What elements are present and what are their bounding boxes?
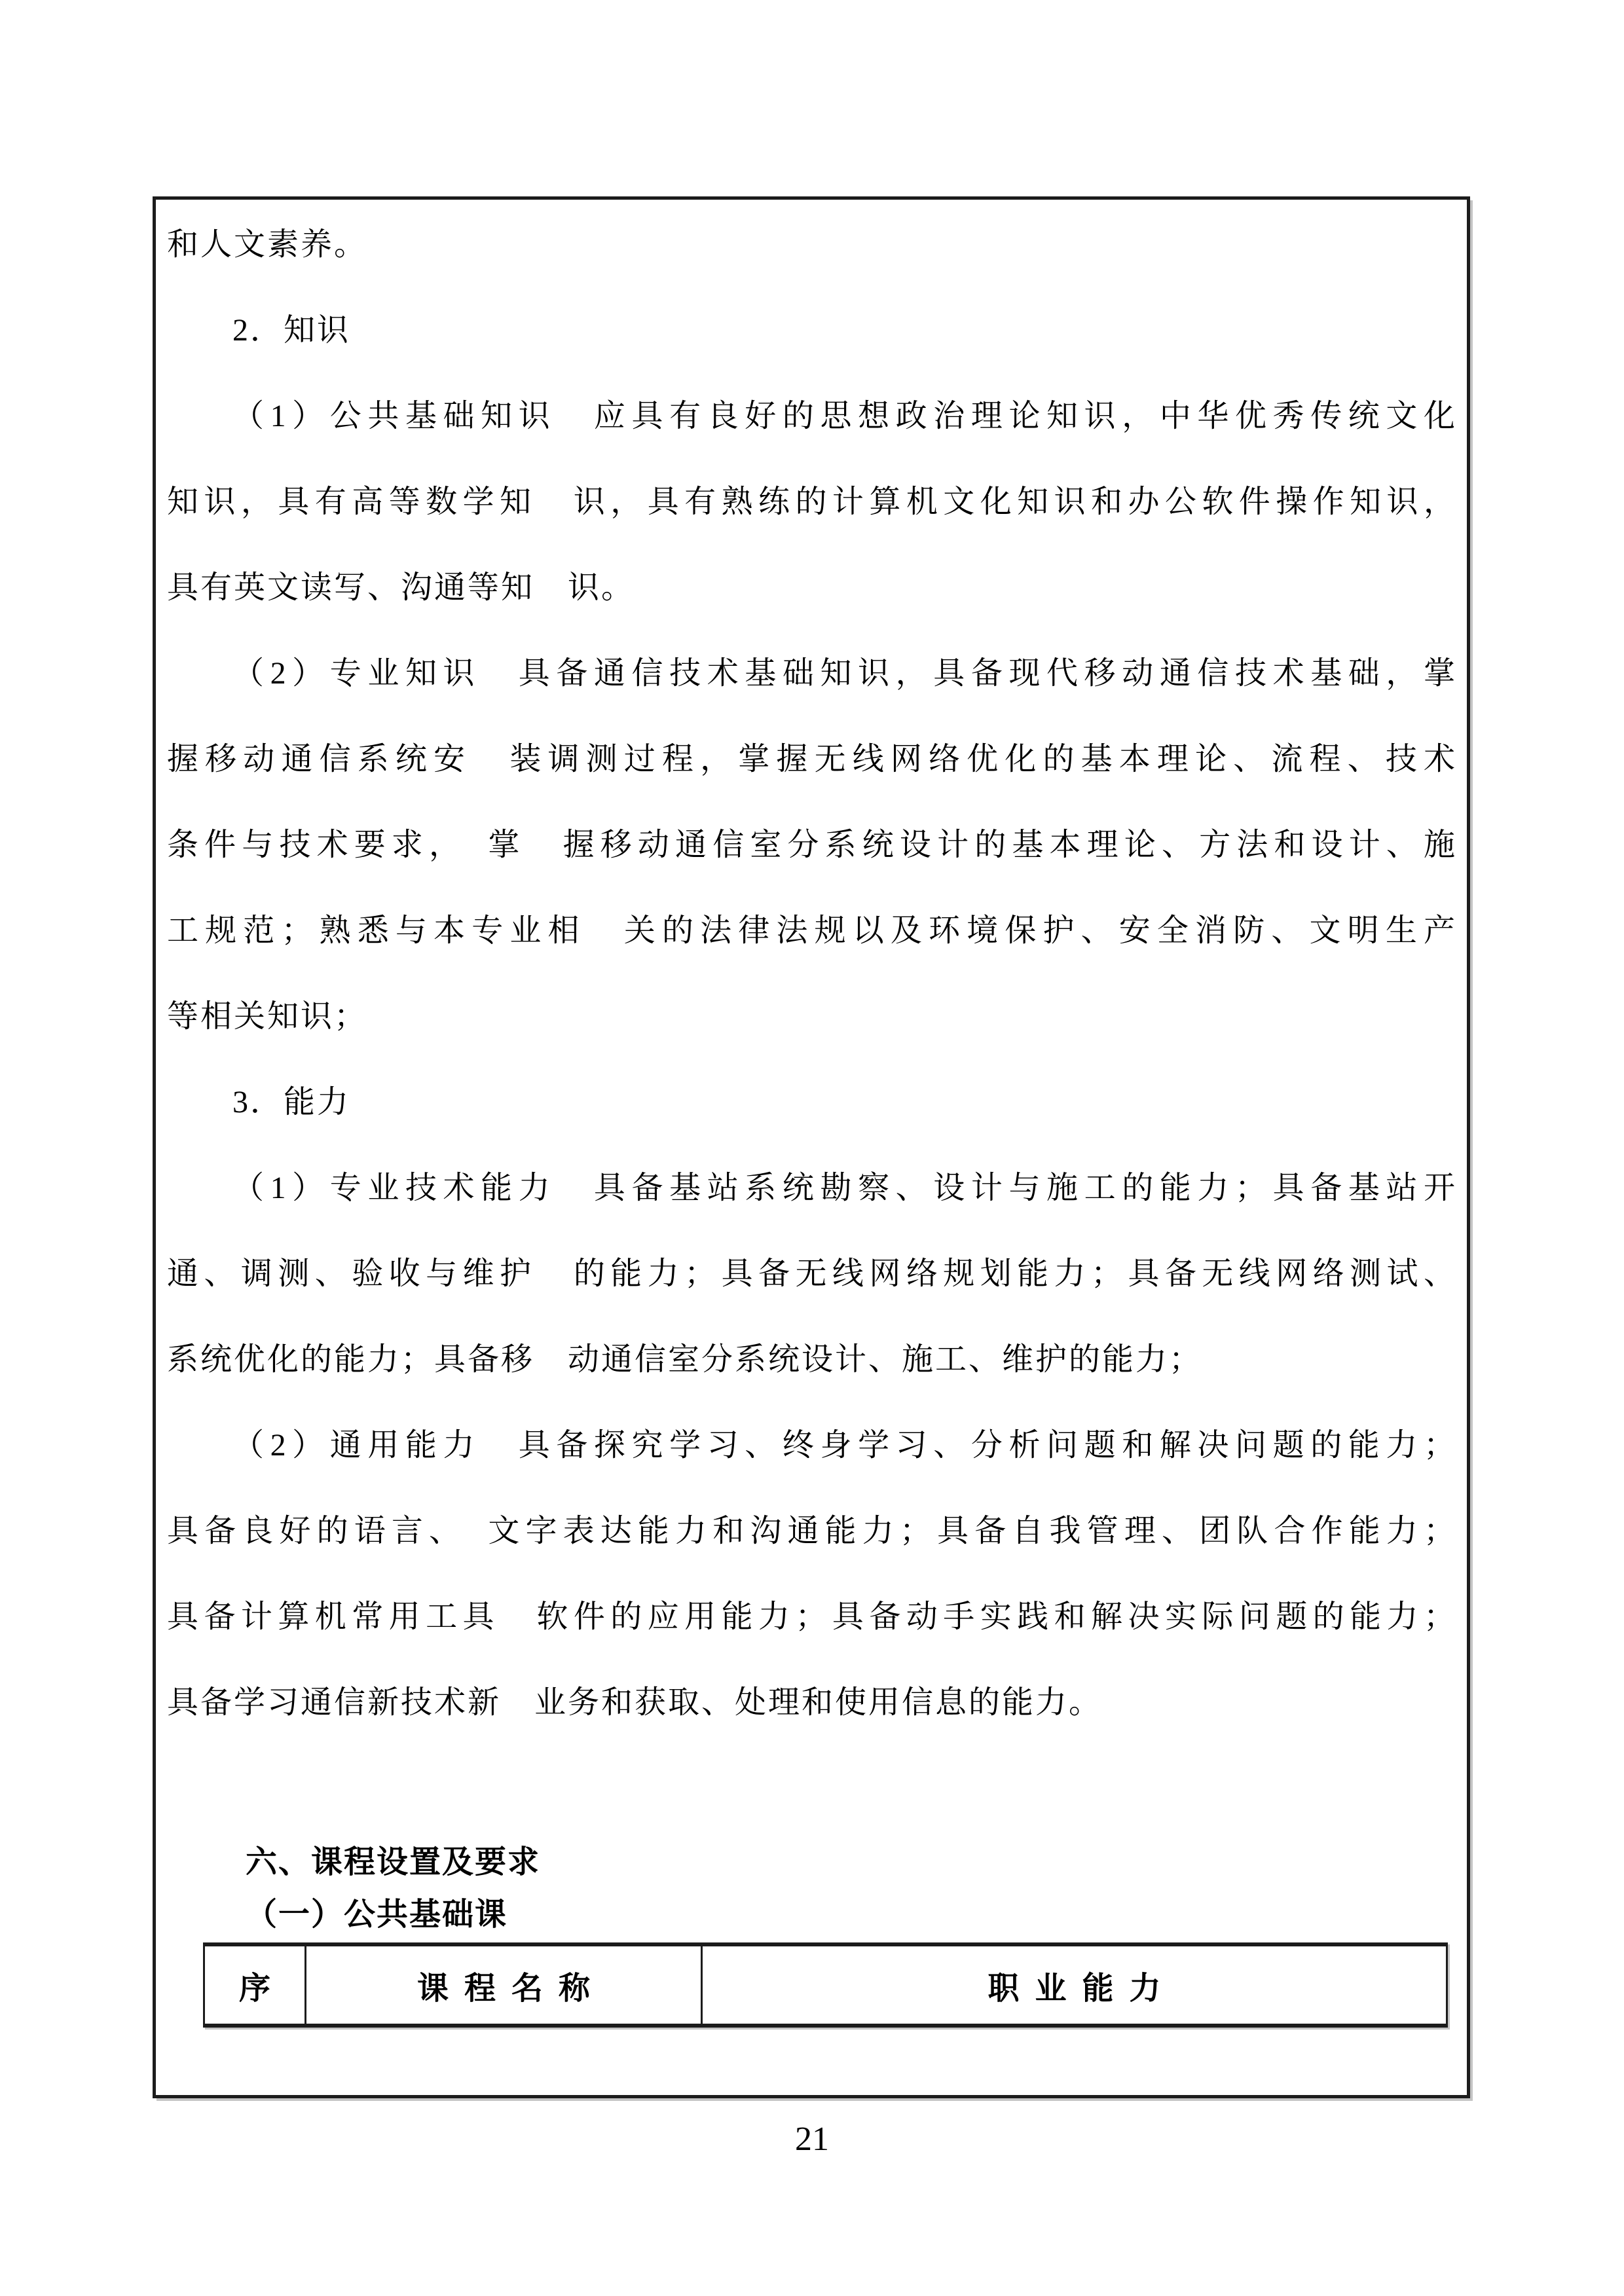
- table-header-course-name: 课程名称: [306, 1944, 702, 2026]
- body-line: 和人文素养。: [167, 202, 1457, 287]
- table-header-seq: 序: [204, 1944, 306, 2026]
- section-heading-courses: 六、课程设置及要求: [167, 1836, 1456, 1889]
- body-line: （1）专业技术能力 具备基站系统勘察、设计与施工的能力；具备基站开: [167, 1145, 1457, 1231]
- body-line: 具有英文读写、沟通等知 识。: [167, 545, 1457, 630]
- body-line: （1）公共基础知识 应具有良好的思想政治理论知识，中华优秀传统文化: [167, 373, 1457, 459]
- document-page: 和人文素养。 2．知识 （1）公共基础知识 应具有良好的思想政治理论知识，中华优…: [0, 0, 1624, 2296]
- body-text: 和人文素养。 2．知识 （1）公共基础知识 应具有良好的思想政治理论知识，中华优…: [167, 202, 1457, 1745]
- table-header-vocational-ability: 职业能力: [702, 1944, 1447, 2026]
- table-header-row: 序 课程名称 职业能力: [204, 1944, 1447, 2026]
- body-line: 系统优化的能力；具备移 动通信室分系统设计、施工、维护的能力；: [167, 1317, 1457, 1402]
- body-line: 具备学习通信新技术新 业务和获取、处理和使用信息的能力。: [167, 1660, 1457, 1745]
- body-line: 条件与技术要求， 掌 握移动通信室分系统设计的基本理论、方法和设计、施: [167, 802, 1457, 888]
- body-line: 具备良好的语言、 文字表达能力和沟通能力；具备自我管理、团队合作能力；: [167, 1488, 1457, 1574]
- body-line: （2）通用能力 具备探究学习、终身学习、分析问题和解决问题的能力；: [167, 1402, 1457, 1488]
- page-number: 21: [0, 2120, 1624, 2159]
- courses-table: 序 课程名称 职业能力: [203, 1942, 1448, 2028]
- subsection-heading-public-basic-courses: （一）公共基础课: [167, 1889, 1456, 1941]
- body-line: 具备计算机常用工具 软件的应用能力；具备动手实践和解决实际问题的能力；: [167, 1574, 1457, 1660]
- body-line: （2）专业知识 具备通信技术基础知识，具备现代移动通信技术基础，掌: [167, 630, 1457, 716]
- body-line: 3．能力: [167, 1059, 1457, 1145]
- section-headings: 六、课程设置及要求 （一）公共基础课: [167, 1836, 1456, 1941]
- body-line: 知识，具有高等数学知 识，具有熟练的计算机文化知识和办公软件操作知识，: [167, 459, 1457, 545]
- body-line: 2．知识: [167, 287, 1457, 373]
- body-line: 通、调测、验收与维护 的能力；具备无线网络规划能力；具备无线网络测试、: [167, 1231, 1457, 1317]
- body-line: 工规范；熟悉与本专业相 关的法律法规以及环境保护、安全消防、文明生产: [167, 888, 1457, 974]
- document-border: 和人文素养。 2．知识 （1）公共基础知识 应具有良好的思想政治理论知识，中华优…: [153, 196, 1470, 2098]
- body-line: 握移动通信系统安 装调测过程，掌握无线网络优化的基本理论、流程、技术: [167, 716, 1457, 802]
- body-line: 等相关知识；: [167, 974, 1457, 1059]
